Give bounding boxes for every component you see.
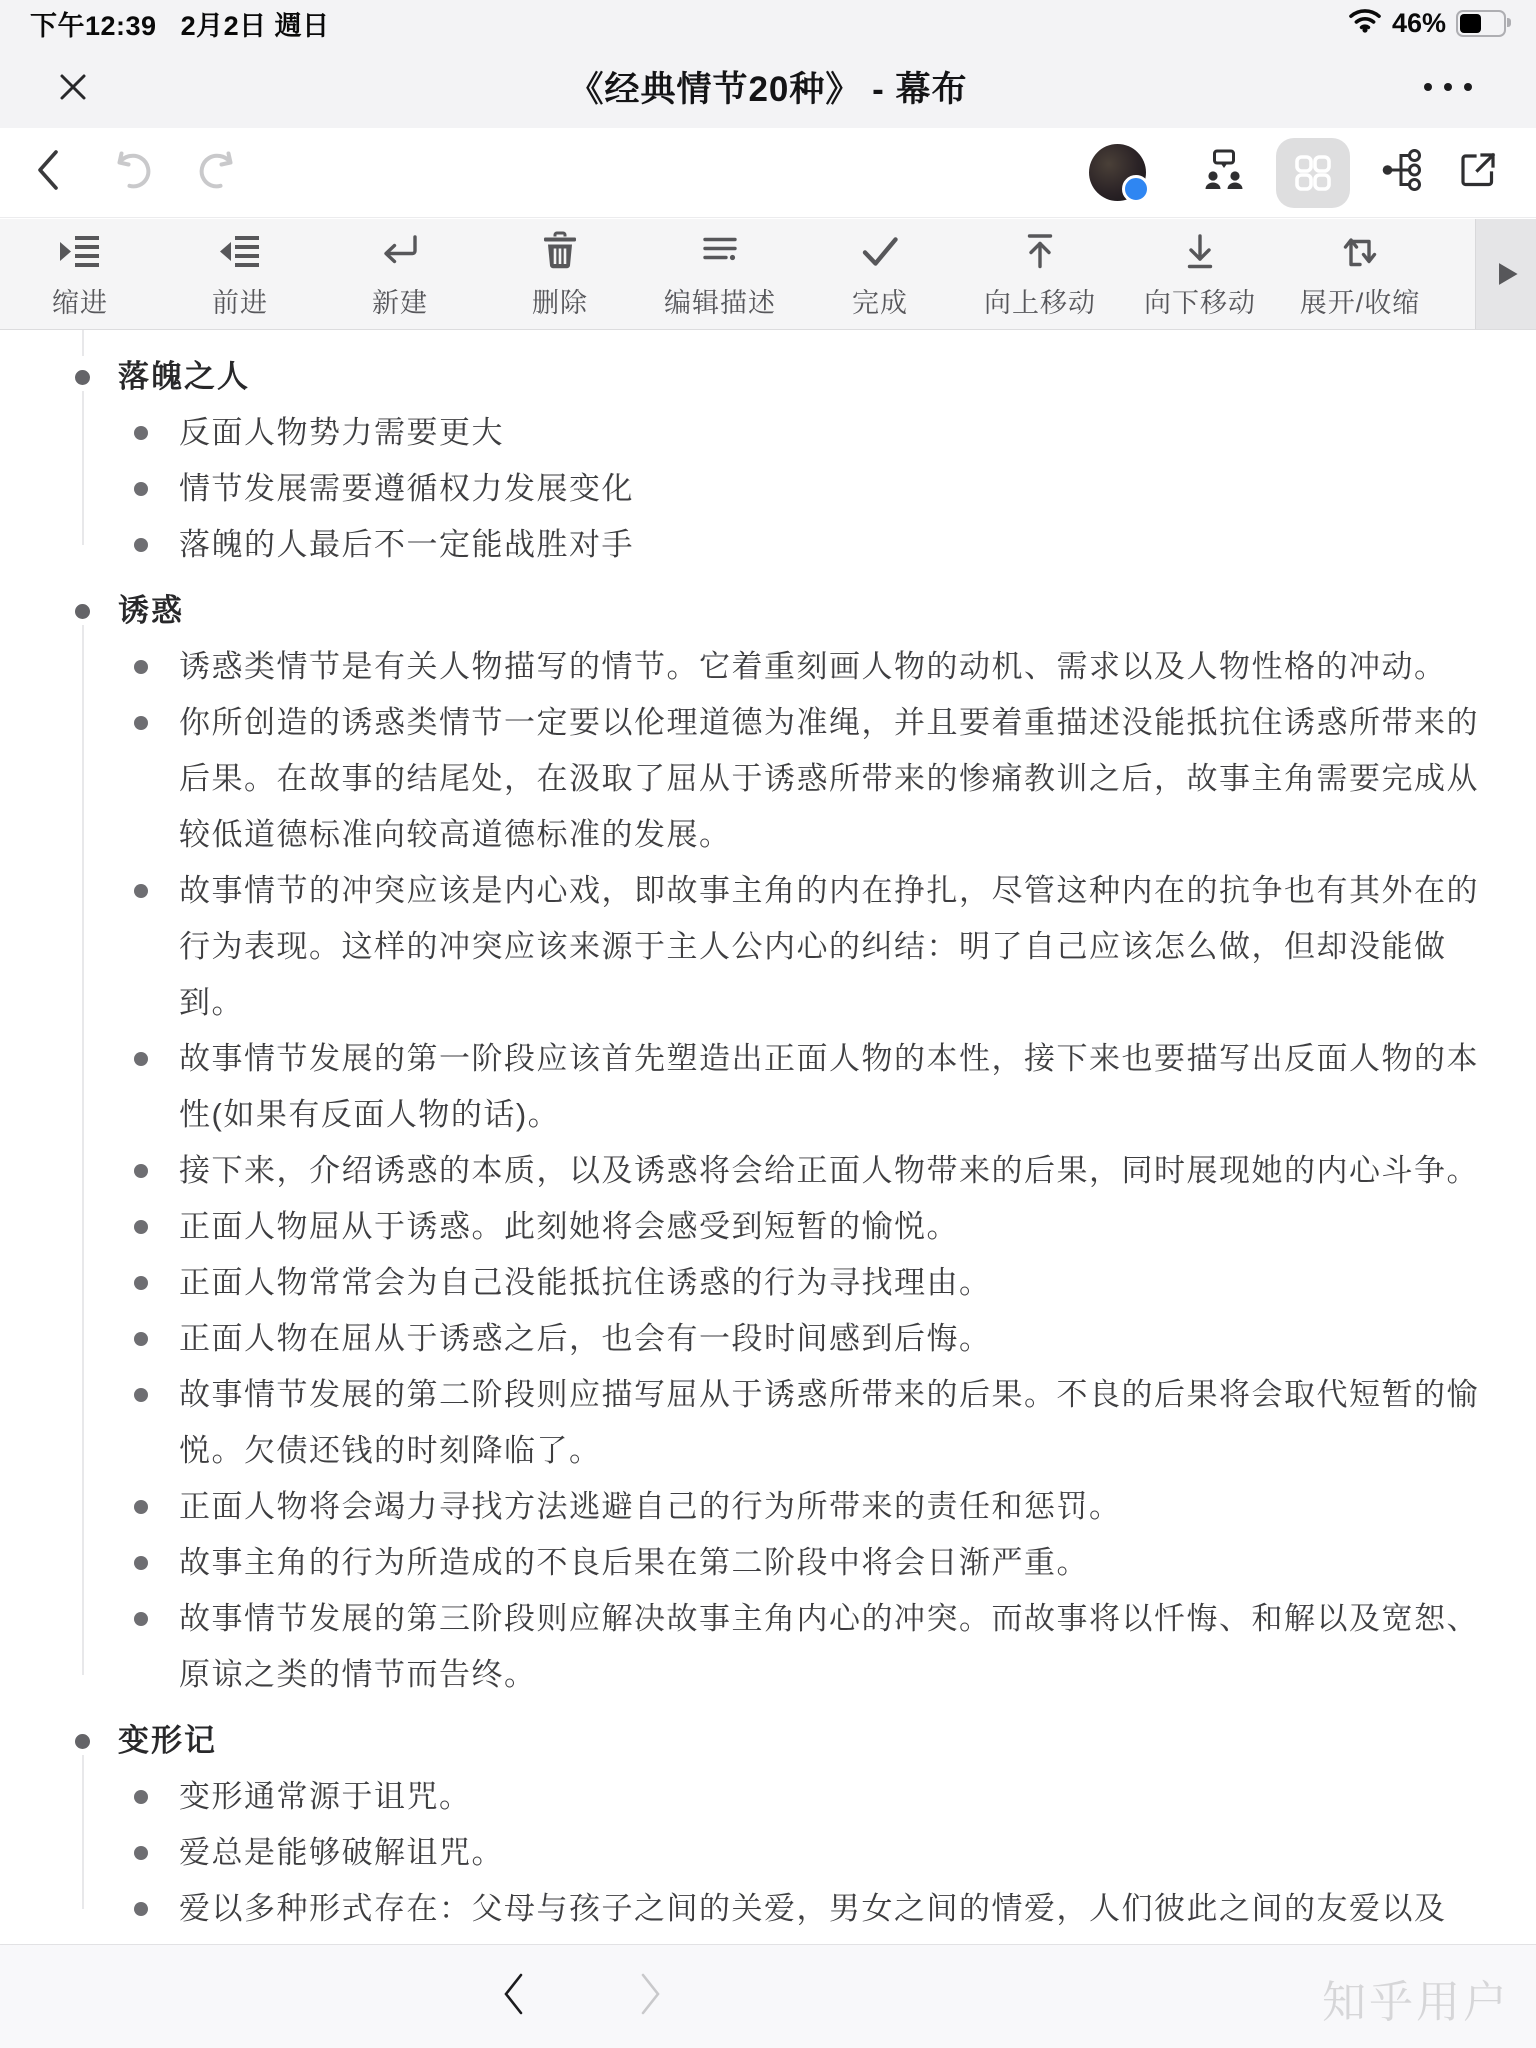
outline-node-1-5[interactable]: 正面人物屈从于诱惑。此刻她将会感受到短暂的愉悦。	[0, 1199, 1536, 1255]
tool-label-expand: 展开/收缩	[1300, 281, 1421, 320]
bullet-icon[interactable]	[134, 1500, 148, 1514]
node-text: 故事情节发展的第一阶段应该首先塑造出正面人物的本性，接下来也要描写出反面人物的本…	[179, 1031, 1536, 1143]
done-icon	[857, 228, 903, 274]
outline-toolbar: 缩进前进新建删除编辑描述完成向上移动向下移动展开/收缩	[0, 219, 1536, 330]
bullet-icon[interactable]	[134, 716, 148, 730]
bullet-icon[interactable]	[75, 370, 90, 385]
grid-view-button[interactable]	[1276, 138, 1350, 208]
section-children: 反面人物势力需要更大情节发展需要遵循权力发展变化落魄的人最后不一定能战胜对手	[0, 405, 1536, 573]
node-text: 反面人物势力需要更大	[179, 405, 532, 461]
outline-node-2-0[interactable]: 变形通常源于诅咒。	[0, 1769, 1536, 1825]
new-icon	[377, 228, 423, 274]
node-text: 诱惑	[118, 583, 212, 639]
tool-label-delete: 删除	[532, 281, 588, 320]
mindmap-icon[interactable]	[1380, 147, 1426, 198]
outline-section: 诱惑诱惑类情节是有关人物描写的情节。它着重刻画人物的动机、需求以及人物性格的冲动…	[0, 583, 1536, 1703]
top-header: 下午12:39 2月2日 週日 46%	[0, 0, 1536, 129]
outline-node-1-1[interactable]: 你所创造的诱惑类情节一定要以伦理道德为准绳，并且要着重描述没能抵抗住诱惑所带来的…	[0, 695, 1536, 863]
toolbar-more-panel[interactable]	[1475, 219, 1536, 329]
outline-node-1-2[interactable]: 故事情节的冲突应该是内心戏，即故事主角的内在挣扎，尽管这种内在的抗争也有其外在的…	[0, 863, 1536, 1031]
presence-dot	[1122, 175, 1150, 203]
battery-icon	[1456, 10, 1506, 37]
node-text: 故事情节的冲突应该是内心戏，即故事主角的内在挣扎，尽管这种内在的抗争也有其外在的…	[179, 863, 1536, 1031]
more-menu-icon[interactable]	[1424, 83, 1472, 91]
next-page-icon[interactable]	[638, 1970, 664, 2023]
status-indicators: 46%	[1348, 8, 1506, 39]
tool-button-delete[interactable]: 删除	[480, 219, 640, 329]
page-title: 《经典情节20种》 - 幕布	[568, 62, 967, 112]
battery-percent: 46%	[1392, 8, 1446, 39]
bullet-icon[interactable]	[134, 482, 148, 496]
outline-node-1-0[interactable]: 诱惑类情节是有关人物描写的情节。它着重刻画人物的动机、需求以及人物性格的冲动。	[0, 639, 1536, 695]
wifi-icon	[1348, 8, 1382, 38]
bullet-icon[interactable]	[134, 1612, 148, 1626]
tree-connector-stub	[82, 330, 84, 356]
tool-label-done: 完成	[852, 281, 908, 320]
bullet-icon[interactable]	[134, 1052, 148, 1066]
tool-label-new: 新建	[372, 281, 428, 320]
close-icon[interactable]	[56, 70, 90, 104]
bullet-icon[interactable]	[134, 1388, 148, 1402]
tool-label-indent: 缩进	[52, 281, 108, 320]
bullet-icon[interactable]	[134, 538, 148, 552]
tool-label-move-down: 向下移动	[1144, 281, 1256, 320]
bullet-icon[interactable]	[134, 1846, 148, 1860]
node-text: 落魄的人最后不一定能战胜对手	[179, 517, 662, 573]
edit-desc-icon	[697, 228, 743, 274]
outline-node-1-3[interactable]: 故事情节发展的第一阶段应该首先塑造出正面人物的本性，接下来也要描写出反面人物的本…	[0, 1031, 1536, 1143]
bullet-icon[interactable]	[134, 884, 148, 898]
node-text: 正面人物屈从于诱惑。此刻她将会感受到短暂的愉悦。	[179, 1199, 987, 1255]
bullet-icon[interactable]	[134, 1332, 148, 1346]
open-in-new-icon[interactable]	[1456, 148, 1500, 197]
node-text: 落魄之人	[118, 349, 278, 405]
status-bar: 下午12:39 2月2日 週日 46%	[0, 0, 1536, 46]
outline-node-0-2[interactable]: 落魄的人最后不一定能战胜对手	[0, 517, 1536, 573]
move-down-icon	[1177, 228, 1223, 274]
node-text: 故事情节发展的第三阶段则应解决故事主角内心的冲突。而故事将以忏悔、和解以及宽恕、…	[179, 1591, 1536, 1703]
indent-icon	[57, 228, 103, 274]
outline-node-1-11[interactable]: 故事情节发展的第三阶段则应解决故事主角内心的冲突。而故事将以忏悔、和解以及宽恕、…	[0, 1591, 1536, 1703]
document-nav-bar	[0, 128, 1536, 218]
prev-page-icon[interactable]	[500, 1970, 526, 2023]
outline-node-0-0[interactable]: 反面人物势力需要更大	[0, 405, 1536, 461]
bullet-icon[interactable]	[134, 1276, 148, 1290]
status-date: 2月2日 週日	[181, 4, 330, 43]
node-text: 故事主角的行为所造成的不良后果在第二阶段中将会日渐严重。	[179, 1535, 1117, 1591]
grid-icon	[1289, 149, 1337, 197]
tool-button-expand[interactable]: 展开/收缩	[1280, 219, 1440, 329]
node-text: 你所创造的诱惑类情节一定要以伦理道德为准绳，并且要着重描述没能抵抗住诱惑所带来的…	[179, 695, 1536, 863]
tool-button-indent[interactable]: 缩进	[0, 219, 160, 329]
node-text: 爱总是能够破解诅咒。	[179, 1825, 532, 1881]
nav-left-group	[30, 146, 242, 199]
node-text: 正面人物常常会为自己没能抵抗住诱惑的行为寻找理由。	[179, 1255, 1020, 1311]
outline-node-1-6[interactable]: 正面人物常常会为自己没能抵抗住诱惑的行为寻找理由。	[0, 1255, 1536, 1311]
bullet-icon[interactable]	[134, 1556, 148, 1570]
expand-icon	[1337, 228, 1383, 274]
tool-label-edit-desc: 编辑描述	[664, 281, 776, 320]
nav-right-group	[1089, 138, 1500, 208]
node-text: 接下来，介绍诱惑的本质，以及诱惑将会给正面人物带来的后果，同时展现她的内心斗争。	[179, 1143, 1507, 1199]
collaborate-icon[interactable]	[1202, 147, 1246, 198]
section-children: 变形通常源于诅咒。爱总是能够破解诅咒。爱以多种形式存在：父母与孩子之间的关爱，男…	[0, 1769, 1536, 1937]
tool-button-new[interactable]: 新建	[320, 219, 480, 329]
node-text: 正面人物在屈从于诱惑之后，也会有一段时间感到后悔。	[179, 1311, 1020, 1367]
outline-node-1-4[interactable]: 接下来，介绍诱惑的本质，以及诱惑将会给正面人物带来的后果，同时展现她的内心斗争。	[0, 1143, 1536, 1199]
bullet-icon[interactable]	[134, 1220, 148, 1234]
title-bar: 《经典情节20种》 - 幕布	[0, 46, 1536, 127]
back-icon[interactable]	[30, 146, 66, 199]
bullet-icon[interactable]	[134, 1902, 148, 1916]
outdent-icon	[217, 228, 263, 274]
node-text: 爱以多种形式存在：父母与孩子之间的关爱，男女之间的情爱，人们彼此之间的友爱以及	[179, 1881, 1475, 1937]
tool-label-outdent: 前进	[212, 281, 268, 320]
mubu-document-screen: 下午12:39 2月2日 週日 46%	[0, 0, 1536, 2048]
outline-section: 变形记变形通常源于诅咒。爱总是能够破解诅咒。爱以多种形式存在：父母与孩子之间的关…	[0, 1713, 1536, 1937]
toolbar-items: 缩进前进新建删除编辑描述完成向上移动向下移动展开/收缩	[0, 219, 1440, 329]
bottom-bar: 知乎用户	[0, 1944, 1536, 2048]
outline: 落魄之人反面人物势力需要更大情节发展需要遵循权力发展变化落魄的人最后不一定能战胜…	[0, 330, 1536, 1945]
section-children: 诱惑类情节是有关人物描写的情节。它着重刻画人物的动机、需求以及人物性格的冲动。你…	[0, 639, 1536, 1703]
status-time: 下午12:39	[30, 4, 157, 43]
tool-button-edit-desc[interactable]: 编辑描述	[640, 219, 800, 329]
status-time-date: 下午12:39 2月2日 週日	[30, 4, 330, 43]
outline-node-2-1[interactable]: 爱总是能够破解诅咒。	[0, 1825, 1536, 1881]
outline-section: 落魄之人反面人物势力需要更大情节发展需要遵循权力发展变化落魄的人最后不一定能战胜…	[0, 349, 1536, 573]
bullet-icon[interactable]	[134, 660, 148, 674]
node-text: 诱惑类情节是有关人物描写的情节。它着重刻画人物的动机、需求以及人物性格的冲动。	[179, 639, 1475, 695]
outline-node-title-1[interactable]: 诱惑	[0, 583, 1536, 639]
tool-button-move-down[interactable]: 向下移动	[1120, 219, 1280, 329]
tool-button-outdent[interactable]: 前进	[160, 219, 320, 329]
node-text: 情节发展需要遵循权力发展变化	[179, 461, 662, 517]
outline-node-0-1[interactable]: 情节发展需要遵循权力发展变化	[0, 461, 1536, 517]
redo-icon[interactable]	[196, 147, 242, 198]
outline-node-1-10[interactable]: 故事主角的行为所造成的不良后果在第二阶段中将会日渐严重。	[0, 1535, 1536, 1591]
tool-button-move-up[interactable]: 向上移动	[960, 219, 1120, 329]
node-text: 故事情节发展的第二阶段则应描写屈从于诱惑所带来的后果。不良的后果将会取代短暂的愉…	[179, 1367, 1536, 1479]
outline-node-title-2[interactable]: 变形记	[0, 1713, 1536, 1769]
outline-node-1-9[interactable]: 正面人物将会竭力寻找方法逃避自己的行为所带来的责任和惩罚。	[0, 1479, 1536, 1535]
pager	[500, 1945, 664, 2048]
tool-label-move-up: 向上移动	[984, 281, 1096, 320]
outline-node-title-0[interactable]: 落魄之人	[0, 349, 1536, 405]
bullet-icon[interactable]	[134, 426, 148, 440]
move-up-icon	[1017, 228, 1063, 274]
bullet-icon[interactable]	[75, 1734, 90, 1749]
bullet-icon[interactable]	[134, 1164, 148, 1178]
avatar[interactable]	[1089, 144, 1146, 201]
outline-node-1-8[interactable]: 故事情节发展的第二阶段则应描写屈从于诱惑所带来的后果。不良的后果将会取代短暂的愉…	[0, 1367, 1536, 1479]
bullet-icon[interactable]	[134, 1790, 148, 1804]
watermark: 知乎用户	[1322, 1966, 1510, 2030]
undo-icon[interactable]	[108, 147, 154, 198]
node-text: 变形记	[118, 1713, 245, 1769]
bullet-icon[interactable]	[75, 604, 90, 619]
delete-icon	[537, 228, 583, 274]
node-text: 正面人物将会竭力寻找方法逃避自己的行为所带来的责任和惩罚。	[179, 1479, 1150, 1535]
tool-button-done[interactable]: 完成	[800, 219, 960, 329]
outline-node-1-7[interactable]: 正面人物在屈从于诱惑之后，也会有一段时间感到后悔。	[0, 1311, 1536, 1367]
outline-node-2-2[interactable]: 爱以多种形式存在：父母与孩子之间的关爱，男女之间的情爱，人们彼此之间的友爱以及	[0, 1881, 1536, 1937]
play-triangle-icon	[1489, 257, 1523, 291]
node-text: 变形通常源于诅咒。	[179, 1769, 500, 1825]
